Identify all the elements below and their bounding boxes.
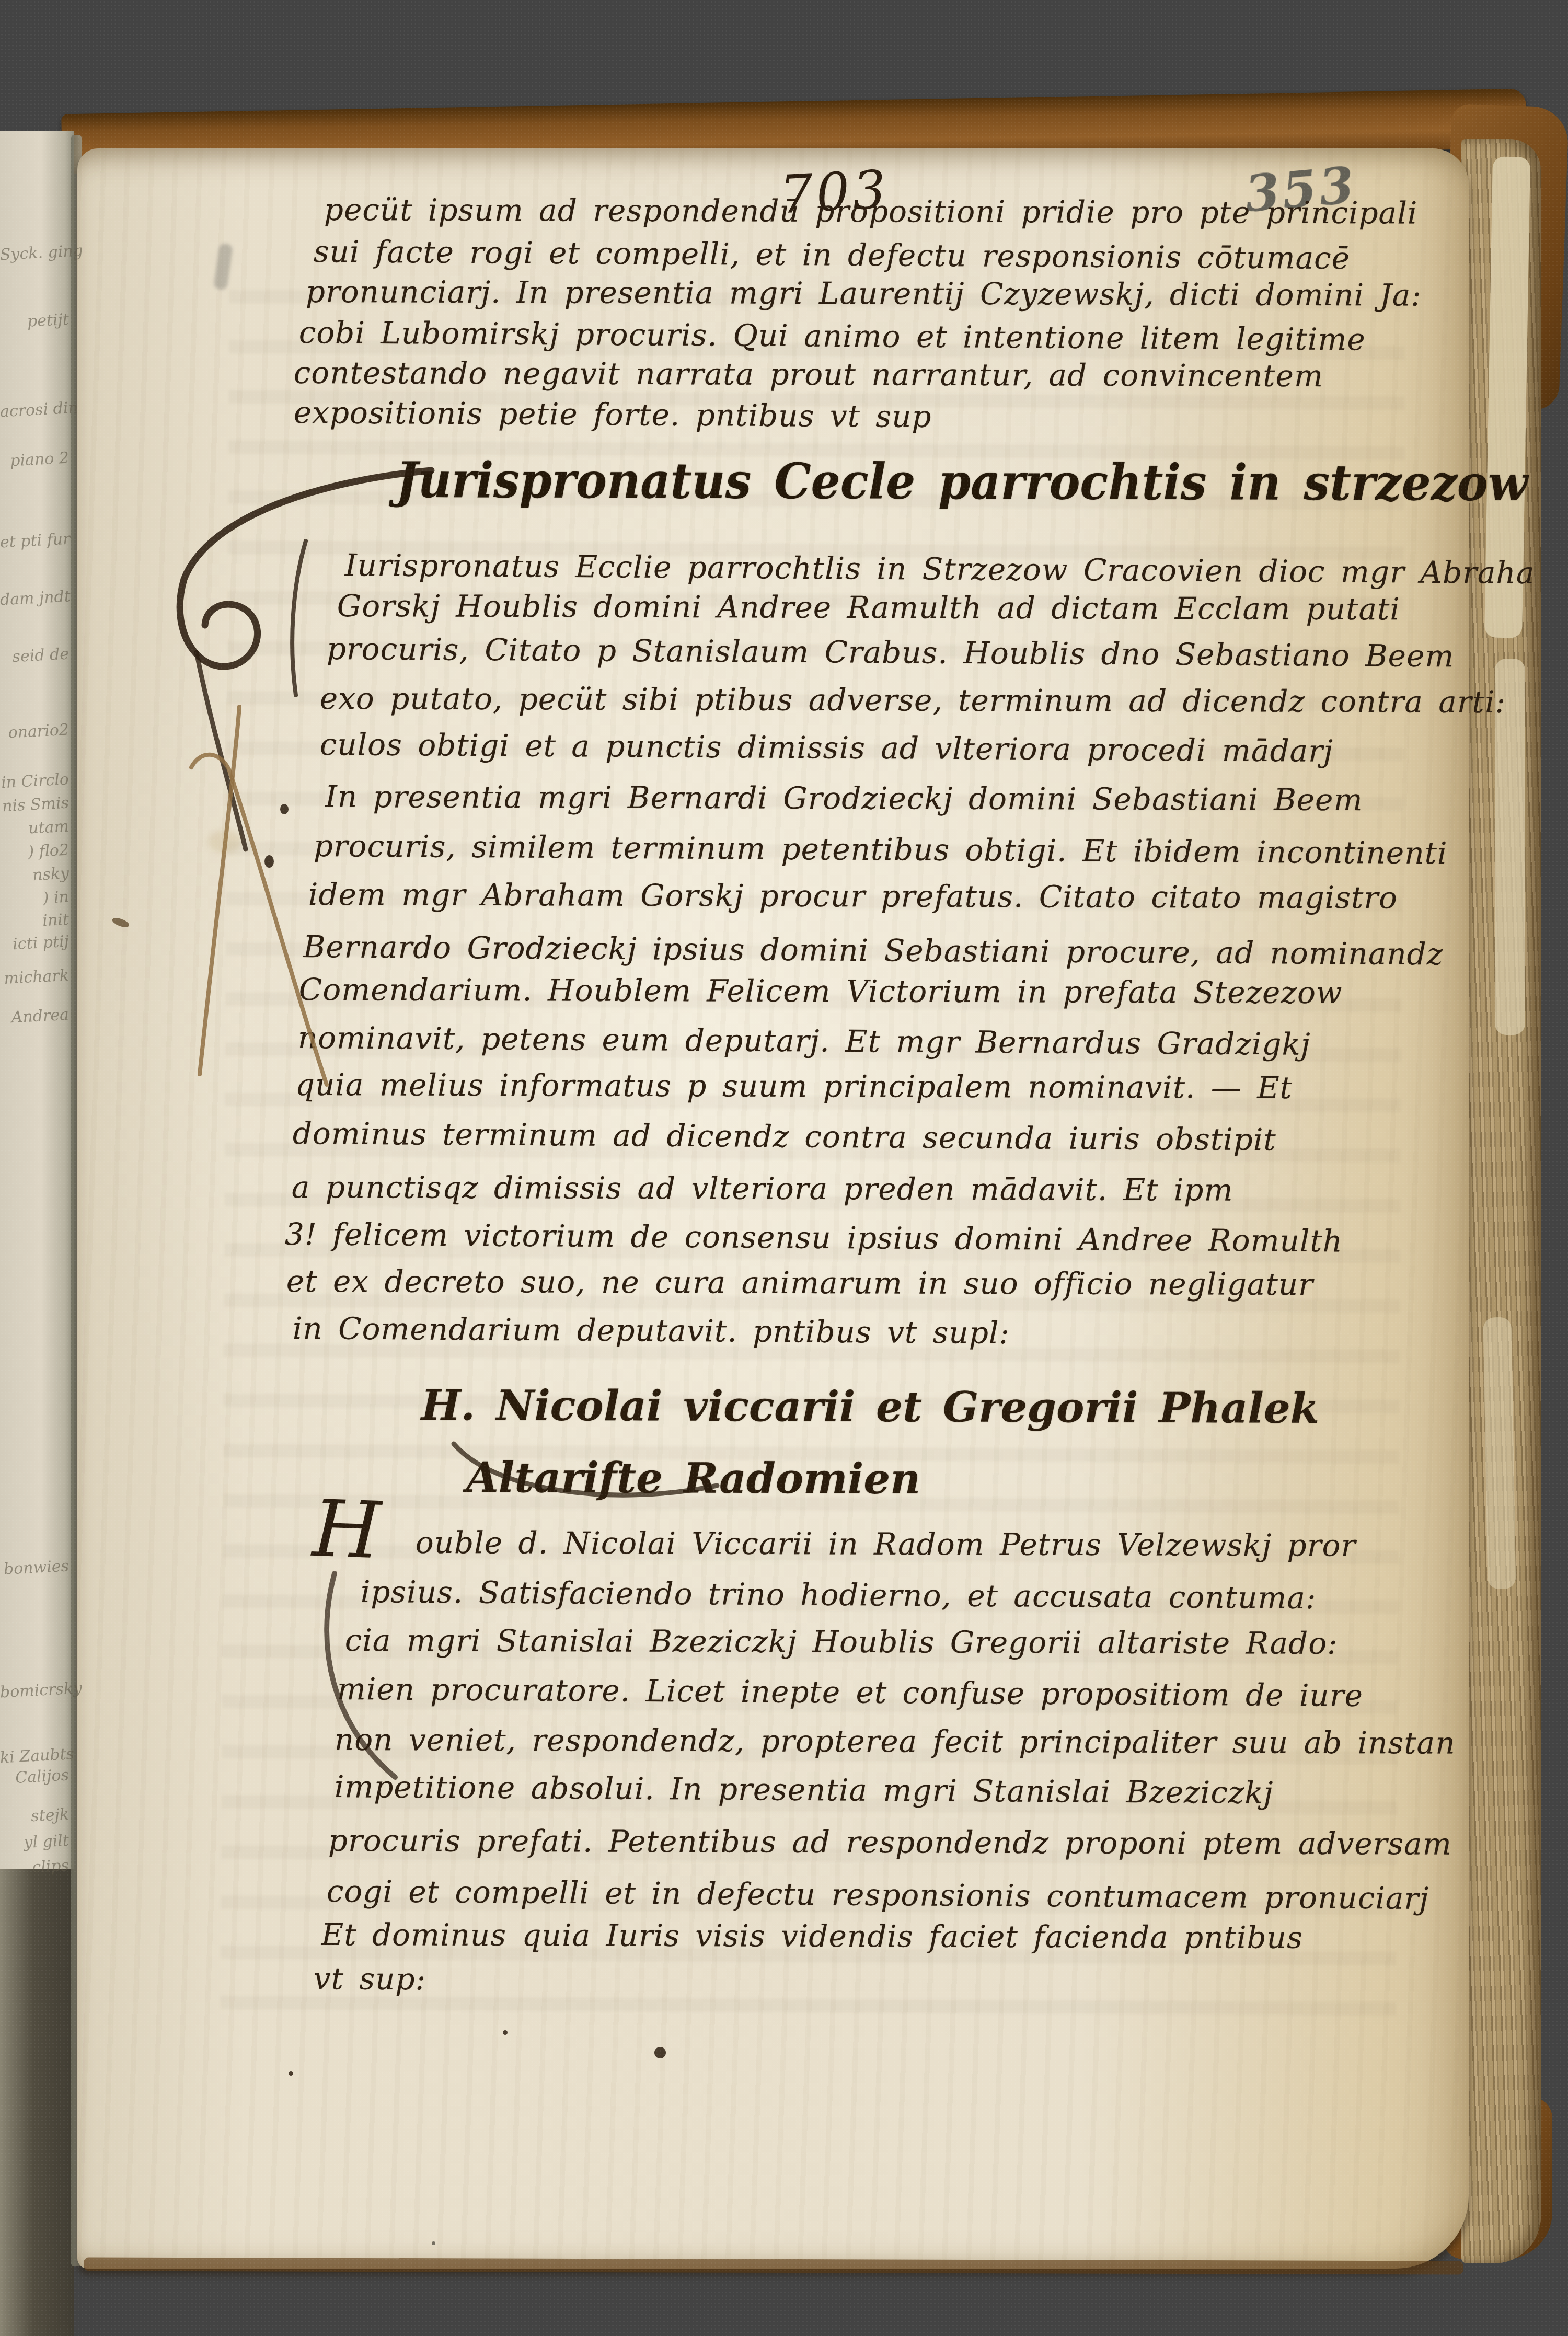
margin-fragment: et pti fur	[0, 532, 70, 551]
margin-fragment: Andrea	[0, 1007, 70, 1027]
manuscript-line: nominavit, petens eum deputarj. Et mgr B…	[298, 1021, 1311, 1062]
margin-fragment: piano 2	[0, 451, 70, 470]
entry-heading-radom-line2: Altarifte Radomien	[466, 1456, 921, 1500]
margin-fragment: dam jndt	[0, 589, 70, 608]
manuscript-line: Comendarium. Houblem Felicem Victorium i…	[299, 973, 1343, 1010]
margin-fragment: icti ptij	[0, 934, 70, 953]
manuscript-line: ipsius. Satisfaciendo trino hodierno, et…	[361, 1575, 1317, 1615]
decorated-initial-H: H	[311, 1490, 382, 1570]
scanned-manuscript-photo: { "page": { "folio_number_ink": "703", "…	[0, 0, 1568, 2336]
ink-dot	[503, 2030, 508, 2035]
margin-fragment: nsky	[0, 866, 70, 885]
margin-fragment: acrosi din	[0, 401, 70, 420]
margin-fragment: clips	[0, 1858, 70, 1878]
manuscript-line: Bernardo Grodzieckj ipsius domini Sebast…	[303, 930, 1444, 971]
facing-page-sliver	[0, 131, 74, 1871]
manuscript-line: cobi Lubomirskj procuris. Qui animo et i…	[299, 316, 1366, 356]
margin-fragment: in Circlo	[0, 772, 70, 791]
ink-dot	[289, 2071, 293, 2076]
manuscript-line: cogi et compelli et in defectu responsio…	[327, 1875, 1429, 1916]
ink-dot	[654, 2047, 666, 2058]
ink-dot	[264, 855, 274, 868]
entry-heading-strzezow: Jurispronatus Cecle parrochtis in strzez…	[396, 456, 1528, 508]
manuscript-line: procuris, similem terminum petentibus ob…	[314, 830, 1448, 870]
manuscript-line: in Comendarium deputavit. pntibus vt sup…	[293, 1312, 1010, 1350]
manuscript-line: vt sup:	[314, 1962, 426, 1996]
manuscript-line: cia mgri Stanislai Bzeziczkj Houblis Gre…	[345, 1624, 1338, 1661]
margin-fragment: utam	[0, 819, 70, 838]
margin-fragment: ) flo2	[0, 843, 70, 862]
manuscript-line: idem mgr Abraham Gorskj procur prefatus.…	[308, 878, 1398, 915]
ink-dot	[280, 804, 289, 814]
margin-fragment: nis Smis	[0, 796, 70, 815]
manuscript-line: culos obtigi et a punctis dimissis ad vl…	[320, 728, 1334, 768]
manuscript-line: procuris, Citato p Stanislaum Crabus. Ho…	[327, 632, 1455, 673]
manuscript-line: procuris prefati. Petentibus ad responde…	[328, 1824, 1452, 1861]
manuscript-line: mien procuratore. Licet inepte et confus…	[337, 1673, 1364, 1713]
entry-heading-radom-line1: H. Nicolai viccarii et Gregorii Phalek	[421, 1384, 1320, 1429]
margin-fragment: Calijos	[0, 1768, 70, 1787]
margin-fragment: bomicrsky	[0, 1682, 70, 1701]
manuscript-line: Gorskj Houblis domini Andree Ramulth ad …	[337, 590, 1400, 626]
manuscript-line: pronunciarj. In presentia mgri Laurentij…	[306, 275, 1422, 313]
page-bottom-edge-shadow	[84, 2258, 1463, 2275]
paper-stain	[208, 830, 241, 853]
paper-speck	[432, 2241, 435, 2245]
manuscript-line: 3! felicem victorium de consensu ipsius …	[285, 1218, 1343, 1258]
margin-fragment: init	[0, 912, 70, 931]
torn-page-remnant	[1483, 1317, 1516, 1590]
margin-fragment: seid de	[0, 647, 70, 666]
manuscript-line: dominus terminum ad dicendz contra secun…	[293, 1117, 1276, 1157]
manuscript-line: sui facte rogi et compelli, et in defect…	[314, 235, 1351, 275]
margin-fragment: bonwies	[0, 1559, 70, 1578]
manuscript-line: Iurispronatus Ecclie parrochtlis in Strz…	[345, 549, 1535, 590]
margin-fragment: stejk	[0, 1807, 70, 1826]
manuscript-line: Et dominus quia Iuris visis videndis fac…	[321, 1918, 1303, 1955]
margin-fragment: onario2	[0, 722, 70, 742]
margin-fragment: ) in	[0, 890, 70, 909]
manuscript-line: impetitione absolui. In presentia mgri S…	[335, 1770, 1274, 1810]
manuscript-line: non veniet, respondendz, propterea fecit…	[335, 1723, 1456, 1760]
manuscript-line: ouble d. Nicolai Viccarii in Radom Petru…	[416, 1526, 1356, 1562]
margin-fragment: yl gilt	[0, 1833, 70, 1852]
margin-fragment: petijt	[0, 312, 70, 331]
manuscript-line: a punctisqz dimissis ad vlteriora preden…	[292, 1171, 1233, 1207]
manuscript-line: quia melius informatus p suum principale…	[295, 1068, 1293, 1105]
facing-page-shadow-area	[0, 1869, 74, 2336]
margin-fragment: ki Zaubts	[0, 1747, 70, 1766]
manuscript-line: In presentia mgri Bernardi Grodzieckj do…	[325, 780, 1363, 817]
margin-fragment: Syck. ging	[0, 244, 70, 263]
manuscript-line: contestando negavit narrata prout narran…	[294, 356, 1323, 393]
manuscript-line: expositionis petie forte. pntibus vt sup	[294, 396, 932, 434]
manuscript-line: et ex decreto suo, ne cura animarum in s…	[286, 1265, 1313, 1302]
margin-fragment: michark	[0, 968, 70, 987]
manuscript-line: exo putato, pecüt sibi ptibus adverse, t…	[320, 682, 1506, 719]
manuscript-line: pecüt ipsum ad respondendū propositioni …	[324, 193, 1418, 230]
